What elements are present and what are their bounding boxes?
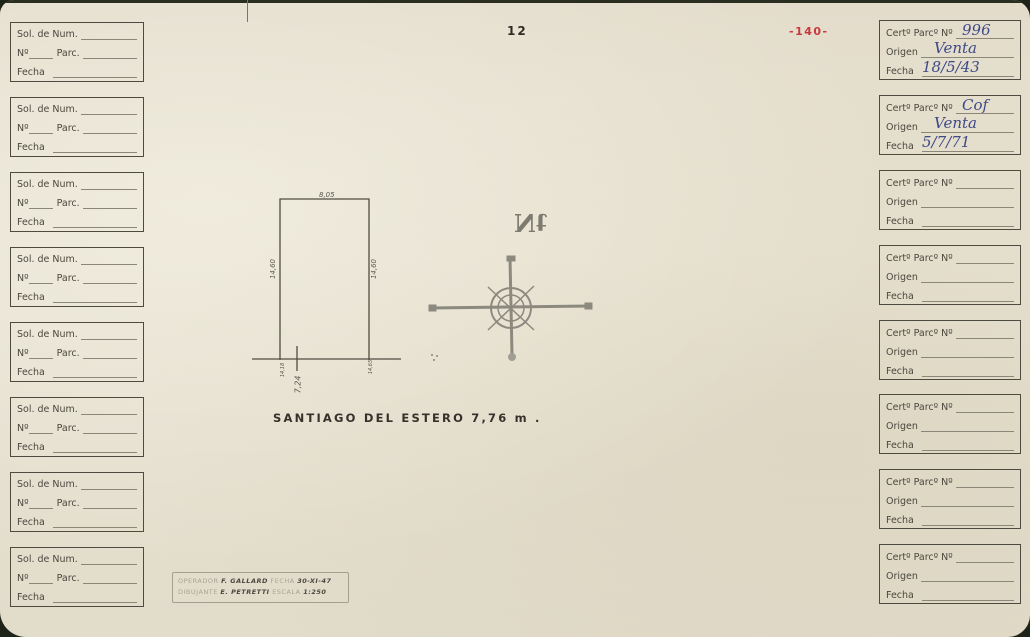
surveyor-stamp: OPERADOR F. GALLARD FECHA 30-XI-47 DIBUJ… bbox=[172, 572, 349, 603]
dimension-right: 14,60 bbox=[370, 259, 378, 279]
escala-value: 1:250 bbox=[303, 588, 326, 596]
escala-label: ESCALA bbox=[272, 588, 300, 596]
mark-bottom-left: 14,18 bbox=[280, 363, 286, 377]
compass-rose-icon bbox=[429, 256, 592, 361]
dibujante-value: E. PETRETTI bbox=[220, 588, 269, 596]
north-indicator: Nt bbox=[514, 208, 547, 237]
dimension-left: 14,60 bbox=[269, 259, 277, 279]
dimension-top: 8,05 bbox=[319, 191, 335, 199]
fecha-label: FECHA bbox=[270, 577, 294, 585]
fecha-value: 30-XI-47 bbox=[297, 577, 331, 585]
cadastral-record-card: 12 -140- Sol. de Num.NºParc.FechaSol. de… bbox=[0, 0, 1030, 637]
dibujante-label: DIBUJANTE bbox=[178, 588, 218, 596]
street-label: SANTIAGO DEL ESTERO 7,76 m . bbox=[273, 411, 542, 425]
operador-label: OPERADOR bbox=[178, 577, 218, 585]
mark-bottom-right: 14,65 bbox=[368, 360, 374, 374]
ink-dots bbox=[431, 354, 438, 361]
parcel-plan-drawing bbox=[0, 0, 1030, 637]
parcel-outline bbox=[280, 199, 369, 360]
operador-value: F. GALLARD bbox=[221, 577, 268, 585]
dimension-offset: 7,24 bbox=[293, 376, 302, 394]
